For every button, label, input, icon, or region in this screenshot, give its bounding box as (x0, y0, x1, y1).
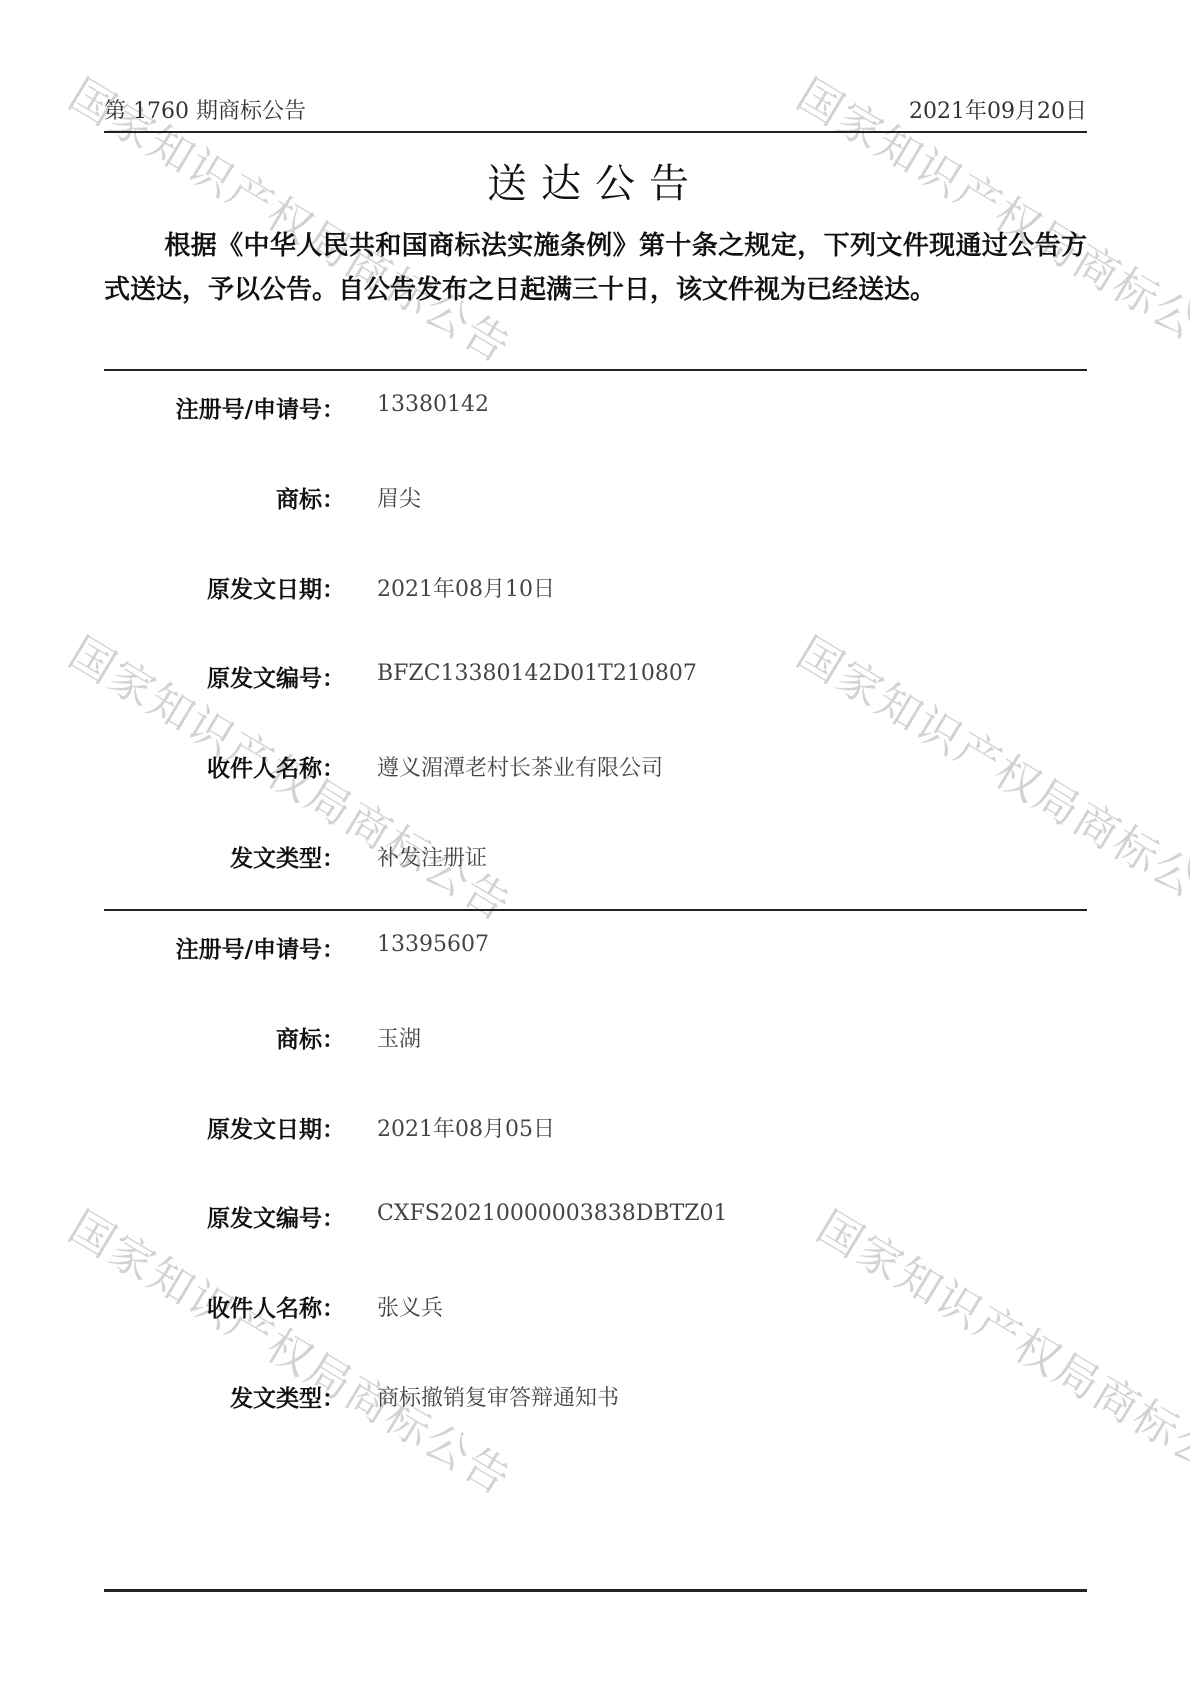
label-recipient: 收件人名称： (207, 1290, 345, 1323)
value-orig-date: 2021年08月05日 (377, 1112, 555, 1143)
value-recipient: 遵义湄潭老村长茶业有限公司 (377, 751, 663, 782)
document-page: 国家知识产权局商标公告 国家知识产权局商标公告 国家知识产权局商标公告 国家知识… (0, 0, 1190, 1684)
section-divider (104, 909, 1087, 911)
value-doc-type: 补发注册证 (377, 841, 487, 872)
intro-text: 根据《中华人民共和国商标法实施条例》第十条之规定，下列文件现通过公告方式送达，予… (104, 231, 1087, 305)
publication-date: 2021年09月20日 (909, 94, 1087, 125)
row-reg-no: 注册号/申请号： 13380142 (0, 391, 1190, 427)
row-doc-type: 发文类型： 商标撤销复审答辩通知书 (0, 1380, 1190, 1416)
value-recipient: 张义兵 (377, 1291, 443, 1322)
section-divider (104, 369, 1087, 371)
row-trademark: 商标： 玉湖 (0, 1021, 1190, 1057)
label-doc-type: 发文类型： (230, 840, 345, 873)
value-trademark: 眉尖 (377, 482, 421, 513)
value-reg-no: 13380142 (377, 392, 489, 417)
label-orig-no: 原发文编号： (207, 660, 345, 693)
row-orig-date: 原发文日期： 2021年08月05日 (0, 1111, 1190, 1147)
value-orig-no: BFZC13380142D01T210807 (377, 661, 697, 686)
value-trademark: 玉湖 (377, 1022, 421, 1053)
row-orig-no: 原发文编号： CXFS20210000003838DBTZ01 (0, 1200, 1190, 1236)
label-recipient: 收件人名称： (207, 750, 345, 783)
label-trademark: 商标： (276, 1021, 345, 1054)
intro-paragraph: 根据《中华人民共和国商标法实施条例》第十条之规定，下列文件现通过公告方式送达，予… (104, 224, 1087, 312)
row-reg-no: 注册号/申请号： 13395607 (0, 931, 1190, 967)
row-orig-date: 原发文日期： 2021年08月10日 (0, 571, 1190, 607)
label-orig-no: 原发文编号： (207, 1200, 345, 1233)
value-doc-type: 商标撤销复审答辩通知书 (377, 1381, 619, 1412)
value-orig-no: CXFS20210000003838DBTZ01 (377, 1201, 728, 1226)
watermark: 国家知识产权局商标公告 (807, 1192, 1190, 1507)
row-recipient: 收件人名称： 遵义湄潭老村长茶业有限公司 (0, 750, 1190, 786)
row-orig-no: 原发文编号： BFZC13380142D01T210807 (0, 660, 1190, 696)
issue-number: 第 1760 期商标公告 (104, 94, 306, 125)
label-reg-no: 注册号/申请号： (176, 931, 345, 964)
label-orig-date: 原发文日期： (207, 571, 345, 604)
label-reg-no: 注册号/申请号： (176, 391, 345, 424)
value-orig-date: 2021年08月10日 (377, 572, 555, 603)
footer-rule (104, 1589, 1087, 1592)
value-reg-no: 13395607 (377, 932, 489, 957)
header-rule (104, 131, 1087, 133)
row-doc-type: 发文类型： 补发注册证 (0, 840, 1190, 876)
row-trademark: 商标： 眉尖 (0, 481, 1190, 517)
page-title: 送达公告 (0, 152, 1190, 209)
label-doc-type: 发文类型： (230, 1380, 345, 1413)
label-orig-date: 原发文日期： (207, 1111, 345, 1144)
row-recipient: 收件人名称： 张义兵 (0, 1290, 1190, 1326)
label-trademark: 商标： (276, 481, 345, 514)
watermark: 国家知识产权局商标公告 (59, 1192, 526, 1507)
